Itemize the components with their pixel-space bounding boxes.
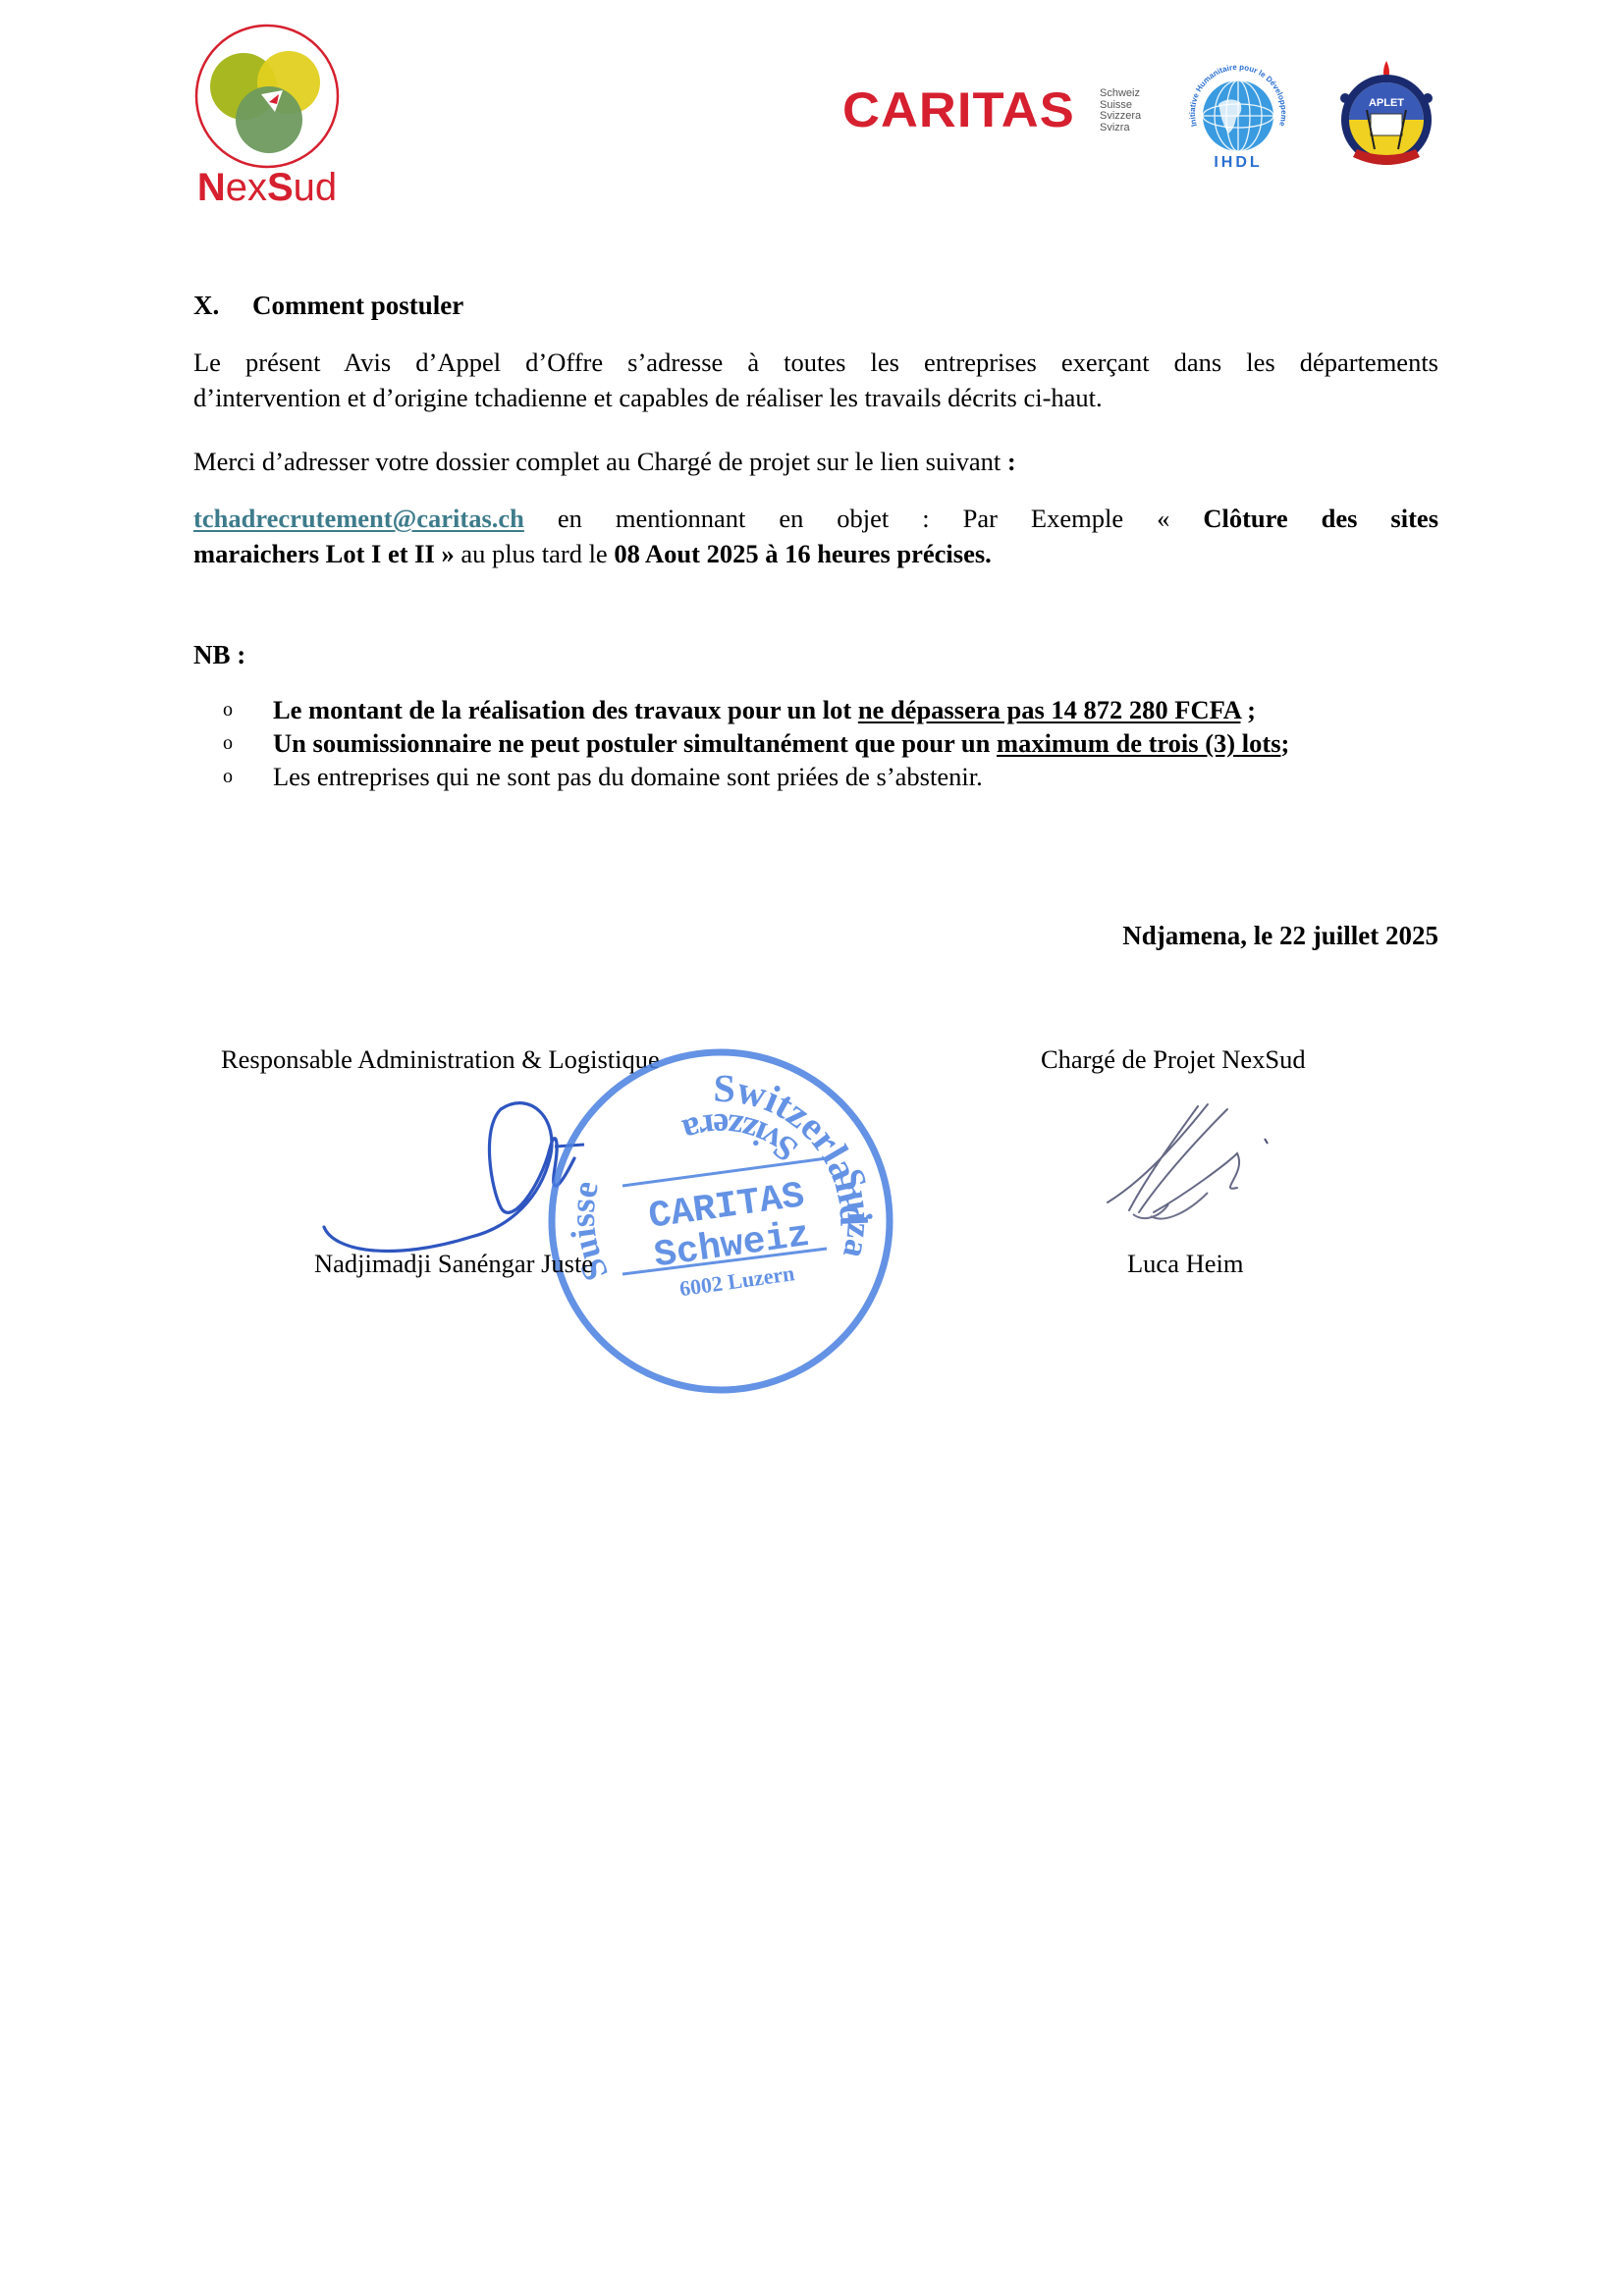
email-line-1: tchadrecrutement@caritas.ch en mentionna… [193,501,1438,536]
nb-item-1-underlined: ne dépassera pas 14 872 280 FCFA [858,695,1241,724]
right-signatory-name: Luca Heim [1127,1249,1243,1279]
svg-text:NexSud: NexSud [197,166,337,208]
circle-bullet-icon: o [223,726,233,760]
send-instruction: Merci d’adresser votre dossier complet a… [193,444,1016,479]
caritas-stamp: Switzerland Suisse Suiza Svizzera CARITA… [542,1042,899,1400]
caritas-wordmark: CARITAS [842,82,1075,137]
nb-item: o Un soumissionnaire ne peut postuler si… [193,726,1460,760]
closing-quote: » [435,539,455,568]
nb-item-2-text: Un soumissionnaire ne peut postuler simu… [273,728,997,758]
intro-line-2: d’intervention et d’origine tchadienne e… [193,380,1438,415]
email-line-2: maraichers Lot I et II » au plus tard le… [193,536,1438,571]
caritas-logo: CARITAS Schweiz Suisse Svizzera Svizra [842,82,1098,137]
caritas-lang-de: Schweiz [1100,88,1141,100]
nexsud-logo-n: N [197,166,226,208]
nb-item-2-tail: ; [1281,728,1290,758]
subject-part-1: Clôture des sites [1203,504,1438,533]
section-number: X. [193,291,252,321]
deadline: 08 Aout 2025 à 16 heures précises. [614,539,991,568]
nb-item-2-underlined: maximum de trois (3) lots [997,728,1281,758]
right-signatory-title: Chargé de Projet NexSud [1041,1044,1306,1075]
section-heading: X.Comment postuler [193,291,463,321]
svg-text:APLET: APLET [1369,97,1404,109]
nb-item: o Les entreprises qui ne sont pas du dom… [193,760,1460,793]
aplet-emblem-logo: APLET [1331,59,1441,171]
nb-item-1-text: Le montant de la réalisation des travaux… [273,695,858,724]
nb-label: NB : [193,640,245,670]
svg-text:IHDL: IHDL [1214,154,1262,171]
intro-line-1: Le présent Avis d’Appel d’Offre s’adress… [193,345,1438,380]
intro-paragraph: Le présent Avis d’Appel d’Offre s’adress… [193,345,1438,415]
ihdl-globe-logo: Initiative Humanitaire pour le Développe… [1183,57,1293,173]
date-line: Ndjamena, le 22 juillet 2025 [1122,921,1438,951]
caritas-lang-it: Svizzera [1100,111,1141,123]
subject-part-2: maraichers Lot I et II [193,539,435,568]
nb-item-1-tail: ; [1240,695,1255,724]
email-text-2: au plus tard le [455,539,615,568]
send-colon: : [1001,447,1015,476]
caritas-lang-rm: Svizra [1100,123,1141,134]
circle-bullet-icon: o [223,693,233,726]
nexsud-logo: NexSud [192,22,342,208]
nb-item: o Le montant de la réalisation des trava… [193,693,1460,726]
email-text-1: en mentionnant en objet : Par Exemple « [524,504,1203,533]
caritas-languages: Schweiz Suisse Svizzera Svizra [1100,88,1141,133]
email-link[interactable]: tchadrecrutement@caritas.ch [193,504,524,533]
handwritten-signature-right [1100,1095,1276,1232]
left-signatory-name: Nadjimadji Sanéngar Juste [314,1249,593,1279]
email-paragraph: tchadrecrutement@caritas.ch en mentionna… [193,501,1438,571]
nb-item-3-text: Les entreprises qui ne sont pas du domai… [273,762,983,791]
send-text: Merci d’adresser votre dossier complet a… [193,447,1001,476]
circle-bullet-icon: o [223,760,233,793]
section-title: Comment postuler [252,291,463,320]
nb-list: o Le montant de la réalisation des trava… [193,693,1460,793]
